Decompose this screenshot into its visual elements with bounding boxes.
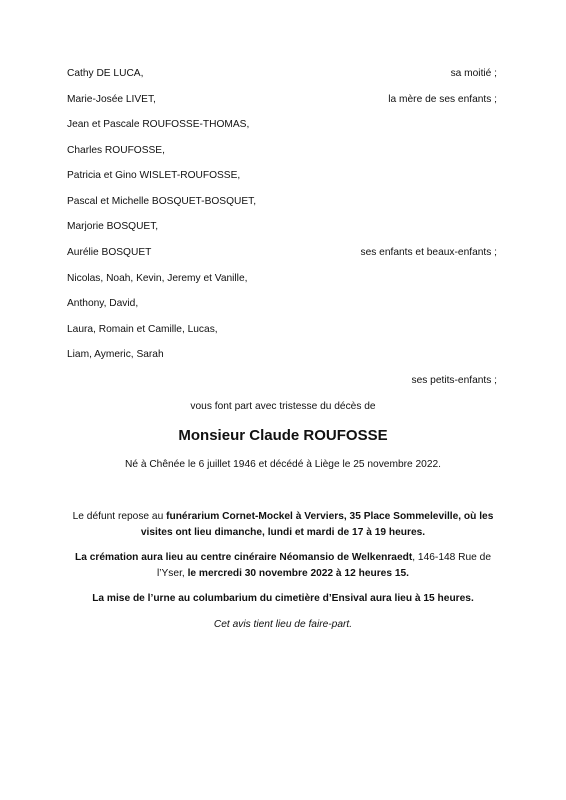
family-name: Patricia et Gino WISLET-ROUFOSSE,: [67, 168, 240, 184]
family-row: Patricia et Gino WISLET-ROUFOSSE,: [67, 168, 497, 184]
family-row: Pascal et Michelle BOSQUET-BOSQUET,: [67, 194, 497, 210]
family-row: Cathy DE LUCA, sa moitié ;: [67, 66, 497, 82]
family-name: Anthony, David,: [67, 296, 138, 312]
repose-intro: Le défunt repose au: [73, 511, 166, 522]
family-name: Laura, Romain et Camille, Lucas,: [67, 322, 218, 338]
family-row: Aurélie BOSQUET ses enfants et beaux-enf…: [67, 245, 497, 261]
family-name: Charles ROUFOSSE,: [67, 143, 165, 159]
family-row: Anthony, David,: [67, 296, 497, 312]
family-relation: la mère de ses enfants ;: [388, 92, 497, 108]
family-name: Aurélie BOSQUET: [67, 245, 151, 261]
family-row: Liam, Aymeric, Sarah: [67, 347, 497, 363]
cremation-date: le mercredi 30 novembre 2022 à 12 heures…: [188, 568, 409, 579]
deceased-name: Monsieur Claude ROUFOSSE: [60, 426, 506, 446]
family-relation: sa moitié ;: [451, 66, 497, 82]
family-relation: ses enfants et beaux-enfants ;: [361, 245, 498, 261]
urn-paragraph: La mise de l’urne au columbarium du cime…: [60, 591, 506, 607]
repose-details: funérarium Cornet-Mockel à Verviers, 35 …: [141, 511, 493, 538]
family-name: Nicolas, Noah, Kevin, Jeremy et Vanille,: [67, 271, 247, 287]
family-row: ses petits-enfants ;: [67, 373, 497, 389]
family-row: Marjorie BOSQUET,: [67, 219, 497, 235]
cremation-paragraph: La crémation aura lieu au centre cinérai…: [60, 550, 506, 582]
family-name: Marie-Josée LIVET,: [67, 92, 156, 108]
family-relation: ses petits-enfants ;: [411, 373, 497, 389]
family-row: Marie-Josée LIVET, la mère de ses enfant…: [67, 92, 497, 108]
obituary-page: Cathy DE LUCA, sa moitié ; Marie-Josée L…: [0, 0, 566, 800]
closing-note: Cet avis tient lieu de faire-part.: [60, 617, 506, 633]
family-name: Jean et Pascale ROUFOSSE-THOMAS,: [67, 117, 249, 133]
repose-paragraph: Le défunt repose au funérarium Cornet-Mo…: [60, 509, 506, 541]
cremation-place: La crémation aura lieu au centre cinérai…: [75, 552, 412, 563]
family-row: Nicolas, Noah, Kevin, Jeremy et Vanille,: [67, 271, 497, 287]
family-name: Liam, Aymeric, Sarah: [67, 347, 164, 363]
family-name: Pascal et Michelle BOSQUET-BOSQUET,: [67, 194, 256, 210]
family-name: Marjorie BOSQUET,: [67, 219, 158, 235]
family-row: Laura, Romain et Camille, Lucas,: [67, 322, 497, 338]
announcement-text: vous font part avec tristesse du décès d…: [60, 399, 506, 415]
birth-death-dates: Né à Chênée le 6 juillet 1946 et décédé …: [60, 457, 506, 473]
family-name: Cathy DE LUCA,: [67, 66, 143, 82]
family-row: Jean et Pascale ROUFOSSE-THOMAS,: [67, 117, 497, 133]
family-row: Charles ROUFOSSE,: [67, 143, 497, 159]
